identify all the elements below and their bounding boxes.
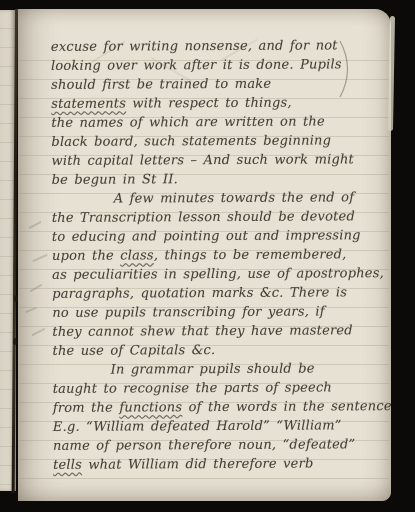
underlined-word: functions <box>119 400 182 415</box>
handwriting-segment: with capital letters – And such work mig… <box>51 152 354 169</box>
handwriting-segment: the names of which are written on the <box>51 114 325 130</box>
underlined-word: class <box>120 248 154 263</box>
handwriting-line: no use pupils transcribing for years, if <box>52 302 389 323</box>
handwriting-line: excuse for writing nonsense, and for not <box>51 36 388 57</box>
handwriting-line: should first be trained to make <box>51 74 388 95</box>
handwriting-segment: from the <box>53 401 120 416</box>
handwriting-segment: black board, such statements beginning <box>51 133 331 149</box>
handwriting-segment: as peculiarities in spelling, use of apo… <box>52 266 384 283</box>
handwriting-segment: A few minutes towards the end of <box>114 190 355 206</box>
handwriting-line: tells what William did therefore verb <box>53 454 390 475</box>
handwriting-line: statements with respect to things, <box>51 93 388 114</box>
notebook-page: excuse for writing nonsense, and for not… <box>18 9 391 501</box>
handwriting-line: with capital letters – And such work mig… <box>51 150 388 171</box>
underlined-word: statements <box>51 96 126 111</box>
handwriting-segment: name of person therefore noun, “defeated… <box>53 437 355 454</box>
handwriting-segment: to educing and pointing out and impressi… <box>52 228 361 245</box>
handwriting-segment: looking over work after it is done. Pupi… <box>51 57 342 74</box>
handwriting-line: to educing and pointing out and impressi… <box>52 226 389 247</box>
gutter-ink-blot <box>13 338 17 345</box>
handwriting-segment: paragraphs, quotation marks &c. There is <box>52 285 347 302</box>
handwriting-segment: E.g. “William defeated Harold” “William” <box>53 418 342 435</box>
handwriting-text-block: excuse for writing nonsense, and for not… <box>51 36 390 475</box>
handwriting-line: the names of which are written on the <box>51 112 388 133</box>
underlined-word: tells <box>53 458 82 473</box>
handwriting-line: name of person therefore noun, “defeated… <box>53 435 390 456</box>
handwriting-segment: the use of Capitals &c. <box>52 343 215 359</box>
handwriting-line: from the functions of the words in the s… <box>53 397 390 418</box>
handwriting-line: they cannot shew that they have mastered <box>52 321 389 342</box>
handwriting-segment: with respect to things, <box>126 96 292 112</box>
handwriting-line: taught to recognise the parts of speech <box>53 378 390 399</box>
handwriting-segment: they cannot shew that they have mastered <box>52 323 352 340</box>
page-stack-fore-edge <box>388 16 395 131</box>
handwriting-line: the Transcription lesson should be devot… <box>52 207 389 228</box>
handwriting-line: be begun in St II. <box>52 169 389 190</box>
handwriting-segment: taught to recognise the parts of speech <box>53 380 332 396</box>
handwriting-segment: In grammar pupils should be <box>111 362 315 378</box>
handwriting-segment: , things to be remembered, <box>154 247 347 263</box>
handwriting-line: as peculiarities in spelling, use of apo… <box>52 264 389 285</box>
handwriting-segment: be begun in St II. <box>52 172 178 188</box>
handwriting-segment: what William did therefore verb <box>82 457 314 473</box>
handwriting-segment: no use pupils transcribing for years, if <box>52 304 324 320</box>
handwriting-line: E.g. “William defeated Harold” “William” <box>53 416 390 437</box>
handwriting-segment: of the words in the sentence <box>182 399 392 415</box>
handwriting-segment: upon the <box>52 249 120 264</box>
handwriting-line: black board, such statements beginning <box>51 131 388 152</box>
handwriting-line: the use of Capitals &c. <box>52 340 389 361</box>
handwriting-line: upon the class, things to be remembered, <box>52 245 389 266</box>
notebook-photo-frame: excuse for writing nonsense, and for not… <box>0 0 415 512</box>
handwriting-line: A few minutes towards the end of <box>114 188 389 208</box>
handwriting-segment: should first be trained to make <box>51 77 271 93</box>
handwriting-segment: excuse for writing nonsense, and for not <box>51 38 338 55</box>
handwriting-line: paragraphs, quotation marks &c. There is <box>52 283 389 304</box>
handwriting-segment: the Transcription lesson should be devot… <box>52 209 355 226</box>
handwriting-line: looking over work after it is done. Pupi… <box>51 55 388 76</box>
handwriting-line: In grammar pupils should be <box>111 359 390 379</box>
